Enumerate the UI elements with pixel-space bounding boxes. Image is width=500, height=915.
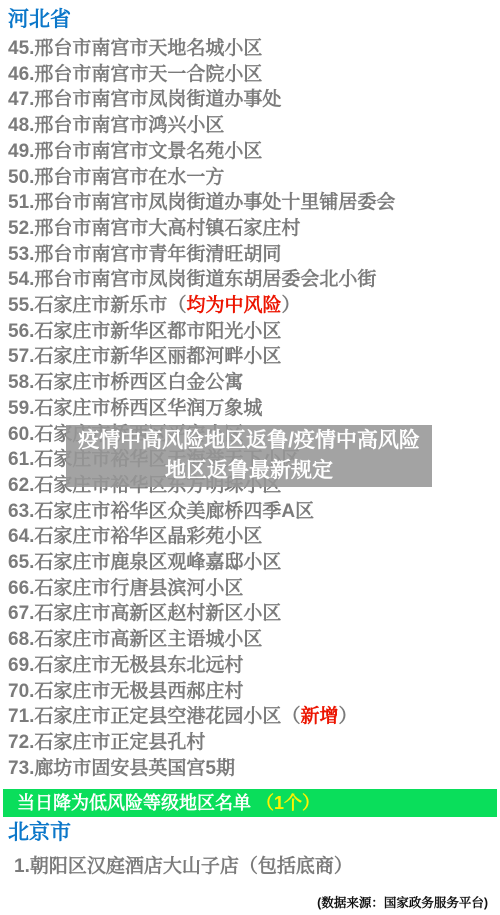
lowered-risk-banner-count: （1个） (256, 793, 320, 813)
list-item: 56.石家庄市新华区都市阳光小区 (8, 319, 500, 345)
list-item: 67.石家庄市高新区赵村新区小区 (8, 601, 500, 627)
list-item-number: 61. (8, 449, 34, 470)
list-item-number: 60. (8, 424, 34, 445)
list-item-number: 49. (8, 141, 34, 162)
list-item-number: 69. (8, 655, 34, 676)
list-item-number: 55. (8, 295, 34, 316)
list-item: 71.石家庄市正定县空港花园小区（新增） (8, 704, 500, 730)
list-item-number: 52. (8, 218, 34, 239)
list-item: 53.邢台市南宫市青年街清旺胡同 (8, 242, 500, 268)
list-item-number: 62. (8, 475, 34, 496)
list-item: 49.邢台市南宫市文景名苑小区 (8, 139, 500, 165)
list-item-text: 朝阳区汉庭酒店大山子店（包括底商） (30, 856, 353, 877)
list-item-number: 1. (14, 856, 30, 877)
list-item-number: 73. (8, 758, 34, 779)
list-item: 59.石家庄市桥西区华润万象城 (8, 396, 500, 422)
list-item-number: 68. (8, 629, 34, 650)
list-item-number: 71. (8, 706, 34, 727)
list-item-number: 47. (8, 89, 34, 110)
list-item-text: 邢台市南宫市凤岗街道办事处 (34, 89, 281, 110)
watermark-title: 疫情中高风险地区返鲁/疫情中高风险地区返鲁最新规定 (74, 426, 424, 486)
watermark-overlay: 疫情中高风险地区返鲁/疫情中高风险地区返鲁最新规定 (66, 425, 432, 487)
beijing-lowered-list: 1.朝阳区汉庭酒店大山子店（包括底商） (14, 854, 353, 880)
list-item-text: 石家庄市新乐市 (34, 295, 167, 316)
list-item-text: 邢台市南宫市凤岗街道办事处十里铺居委会 (34, 192, 395, 213)
list-item-number: 70. (8, 681, 34, 702)
list-item: 64.石家庄市裕华区晶彩苑小区 (8, 524, 500, 550)
list-item-number: 56. (8, 321, 34, 342)
list-item-text: 石家庄市正定县空港花园小区 (34, 706, 281, 727)
list-item: 58.石家庄市桥西区白金公寓 (8, 370, 500, 396)
list-item-text: 石家庄市桥西区华润万象城 (34, 398, 262, 419)
list-item-text: 石家庄市鹿泉区观峰嘉邸小区 (34, 552, 281, 573)
list-item: 72.石家庄市正定县孔村 (8, 730, 500, 756)
list-item-text: 邢台市南宫市鸿兴小区 (34, 115, 224, 136)
list-item: 73.廊坊市固安县英国宫5期 (8, 756, 500, 782)
list-item: 66.石家庄市行唐县滨河小区 (8, 576, 500, 602)
list-item: 47.邢台市南宫市凤岗街道办事处 (8, 87, 500, 113)
list-item-number: 66. (8, 578, 34, 599)
list-item-text: 邢台市南宫市凤岗街道东胡居委会北小街 (34, 269, 376, 290)
note-paren-open: （ (281, 706, 300, 727)
list-item: 50.邢台市南宫市在水一方 (8, 165, 500, 191)
list-item: 45.邢台市南宫市天地名城小区 (8, 36, 500, 62)
list-item-text: 石家庄市高新区主语城小区 (34, 629, 262, 650)
list-item-text: 邢台市南宫市天一合院小区 (34, 64, 262, 85)
list-item-text: 邢台市南宫市青年街清旺胡同 (34, 244, 281, 265)
risk-area-list: 45.邢台市南宫市天地名城小区46.邢台市南宫市天一合院小区47.邢台市南宫市凤… (0, 36, 500, 781)
list-item: 69.石家庄市无极县东北远村 (8, 653, 500, 679)
list-item: 55.石家庄市新乐市（均为中风险） (8, 293, 500, 319)
list-item: 65.石家庄市鹿泉区观峰嘉邸小区 (8, 550, 500, 576)
list-item-number: 50. (8, 167, 34, 188)
list-item: 70.石家庄市无极县西郝庄村 (8, 679, 500, 705)
list-item: 54.邢台市南宫市凤岗街道东胡居委会北小街 (8, 267, 500, 293)
list-item-number: 59. (8, 398, 34, 419)
lowered-risk-banner: 当日降为低风险等级地区名单 （1个） (3, 789, 497, 817)
list-item: 63.石家庄市裕华区众美廊桥四季A区 (8, 499, 500, 525)
list-item: 48.邢台市南宫市鸿兴小区 (8, 113, 500, 139)
list-item-text: 邢台市南宫市天地名城小区 (34, 38, 262, 59)
list-item: 52.邢台市南宫市大高村镇石家庄村 (8, 216, 500, 242)
list-item-number: 53. (8, 244, 34, 265)
list-item-note: 新增 (300, 706, 338, 727)
list-item-number: 67. (8, 603, 34, 624)
list-item-number: 46. (8, 64, 34, 85)
list-item-text: 邢台市南宫市文景名苑小区 (34, 141, 262, 162)
list-item-text: 石家庄市桥西区白金公寓 (34, 372, 243, 393)
list-item-text: 石家庄市无极县东北远村 (34, 655, 243, 676)
list-item-text: 石家庄市裕华区众美廊桥四季A区 (34, 501, 314, 522)
list-item: 1.朝阳区汉庭酒店大山子店（包括底商） (14, 854, 353, 880)
list-item: 68.石家庄市高新区主语城小区 (8, 627, 500, 653)
list-item-number: 72. (8, 732, 34, 753)
list-item-number: 48. (8, 115, 34, 136)
list-item-number: 63. (8, 501, 34, 522)
note-paren-open: （ (167, 295, 186, 316)
note-paren-close: ） (338, 706, 357, 727)
list-item-text: 廊坊市固安县英国宫5期 (34, 758, 235, 779)
list-item-text: 石家庄市高新区赵村新区小区 (34, 603, 281, 624)
list-item: 57.石家庄市新华区丽都河畔小区 (8, 344, 500, 370)
list-item-note: 均为中风险 (186, 295, 281, 316)
risk-area-page: 河北省 45.邢台市南宫市天地名城小区46.邢台市南宫市天一合院小区47.邢台市… (0, 0, 500, 915)
list-item: 51.邢台市南宫市凤岗街道办事处十里铺居委会 (8, 190, 500, 216)
lowered-risk-banner-label: 当日降为低风险等级地区名单 (17, 793, 256, 813)
province-title-hebei: 河北省 (0, 0, 500, 36)
list-item-number: 64. (8, 526, 34, 547)
list-item-number: 54. (8, 269, 34, 290)
list-item-text: 石家庄市正定县孔村 (34, 732, 205, 753)
data-source-note: (数据来源：国家政务服务平台) (317, 893, 488, 911)
list-item-text: 石家庄市行唐县滨河小区 (34, 578, 243, 599)
note-paren-close: ） (281, 295, 300, 316)
list-item-number: 57. (8, 346, 34, 367)
list-item-number: 45. (8, 38, 34, 59)
province-title-beijing: 北京市 (8, 820, 71, 846)
list-item-text: 石家庄市新华区丽都河畔小区 (34, 346, 281, 367)
list-item-text: 邢台市南宫市大高村镇石家庄村 (34, 218, 300, 239)
list-item-text: 石家庄市裕华区晶彩苑小区 (34, 526, 262, 547)
list-item-number: 58. (8, 372, 34, 393)
list-item-text: 石家庄市无极县西郝庄村 (34, 681, 243, 702)
list-item-number: 65. (8, 552, 34, 573)
list-item: 46.邢台市南宫市天一合院小区 (8, 62, 500, 88)
list-item-number: 51. (8, 192, 34, 213)
list-item-text: 邢台市南宫市在水一方 (34, 167, 224, 188)
list-item-text: 石家庄市新华区都市阳光小区 (34, 321, 281, 342)
